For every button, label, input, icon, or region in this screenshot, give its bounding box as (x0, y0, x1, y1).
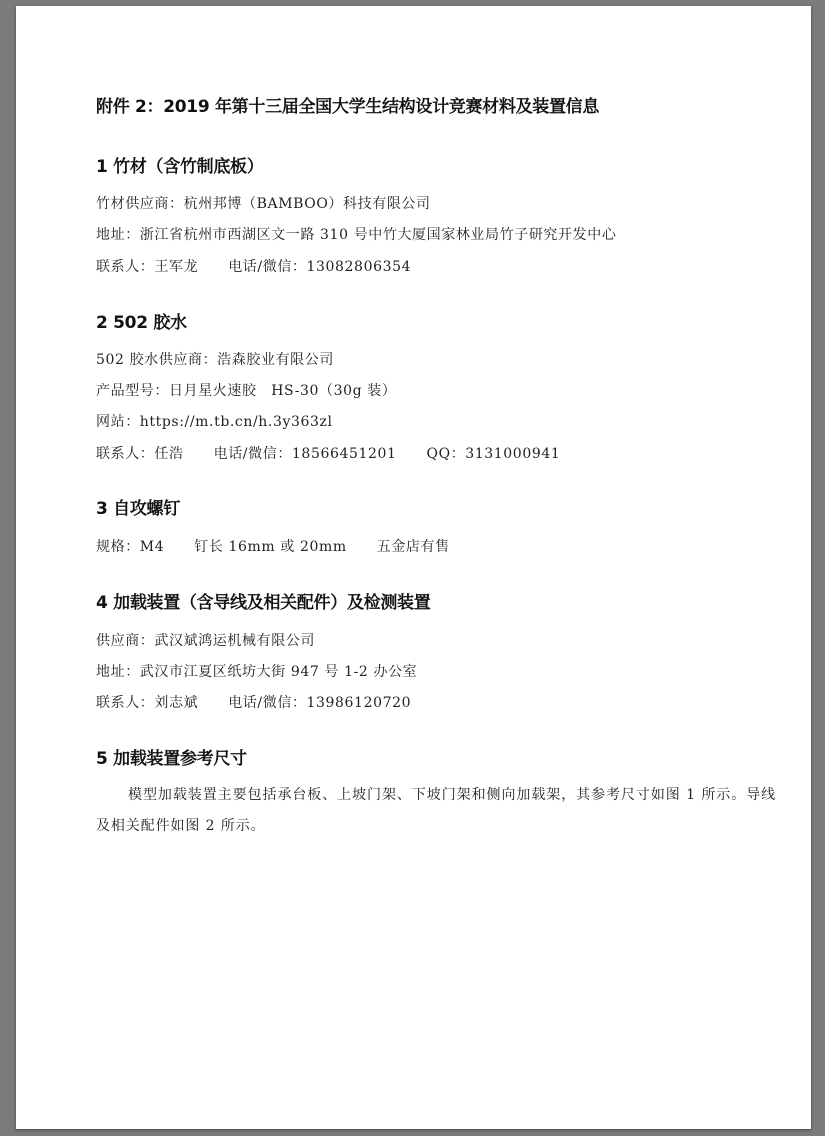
bamboo-address: 地址：浙江省杭州市西湖区文一路 310 号中竹大厦国家林业局竹子研究开发中心 (96, 224, 616, 244)
glue-website: 网站：https://m.tb.cn/h.3y363zl (96, 411, 333, 431)
glue-contact-qq: QQ：3131000941 (427, 446, 561, 462)
screw-length: 钉长 16mm 或 20mm (194, 539, 346, 555)
device-contact-name: 联系人：刘志斌 (96, 695, 198, 711)
section-3-heading: 3 自攻螺钉 (96, 494, 180, 519)
glue-contact-name: 联系人：任浩 (96, 446, 184, 462)
device-contact-phone: 电话/微信：13986120720 (228, 695, 411, 711)
device-supplier: 供应商：武汉斌鸿运机械有限公司 (96, 630, 315, 650)
glue-model: 产品型号：日月星火速胶 HS-30（30g 装） (96, 380, 396, 400)
document-page: 附件 2：2019 年第十三届全国大学生结构设计竞赛材料及装置信息 1 竹材（含… (16, 6, 811, 1129)
glue-supplier: 502 胶水供应商：浩森胶业有限公司 (96, 349, 334, 369)
bamboo-contact-line: 联系人：王军龙电话/微信：13082806354 (96, 256, 411, 276)
screw-spec-line: 规格：M4钉长 16mm 或 20mm五金店有售 (96, 536, 450, 556)
screw-availability: 五金店有售 (377, 539, 450, 555)
document-title: 附件 2：2019 年第十三届全国大学生结构设计竞赛材料及装置信息 (96, 92, 599, 117)
glue-contact-line: 联系人：任浩电话/微信：18566451201QQ：3131000941 (96, 443, 560, 463)
bamboo-supplier: 竹材供应商：杭州邦博（BAMBOO）科技有限公司 (96, 193, 431, 213)
section-2-heading: 2 502 胶水 (96, 308, 187, 333)
device-contact-line: 联系人：刘志斌电话/微信：13986120720 (96, 692, 411, 712)
bamboo-contact-phone: 电话/微信：13082806354 (228, 259, 411, 275)
section-5-heading: 5 加载装置参考尺寸 (96, 744, 247, 769)
section-1-heading: 1 竹材（含竹制底板） (96, 152, 263, 177)
device-address: 地址：武汉市江夏区纸坊大街 947 号 1-2 办公室 (96, 661, 417, 681)
bamboo-contact-name: 联系人：王军龙 (96, 259, 198, 275)
section-4-heading: 4 加载装置（含导线及相关配件）及检测装置 (96, 588, 430, 613)
loading-device-paragraph: 模型加载装置主要包括承台板、上坡门架、下坡门架和侧向加载架，其参考尺寸如图 1 … (96, 780, 776, 842)
screw-size: 规格：M4 (96, 539, 164, 555)
glue-contact-phone: 电话/微信：18566451201 (214, 446, 397, 462)
